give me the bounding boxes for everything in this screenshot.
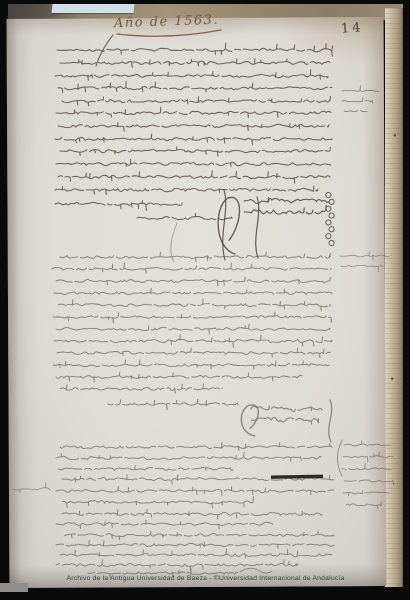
folio-number: 14: [341, 20, 365, 37]
archive-caption: Archivo de la Antigua Universidad de Bae…: [8, 575, 403, 582]
manuscript-page: [7, 17, 387, 588]
book-fore-edge: [385, 8, 403, 587]
photo-frame: Año de 1563. 14 Archivo de la Antigua Un…: [0, 0, 410, 600]
corner-tab: [0, 583, 28, 592]
paper-slip: [52, 4, 135, 13]
